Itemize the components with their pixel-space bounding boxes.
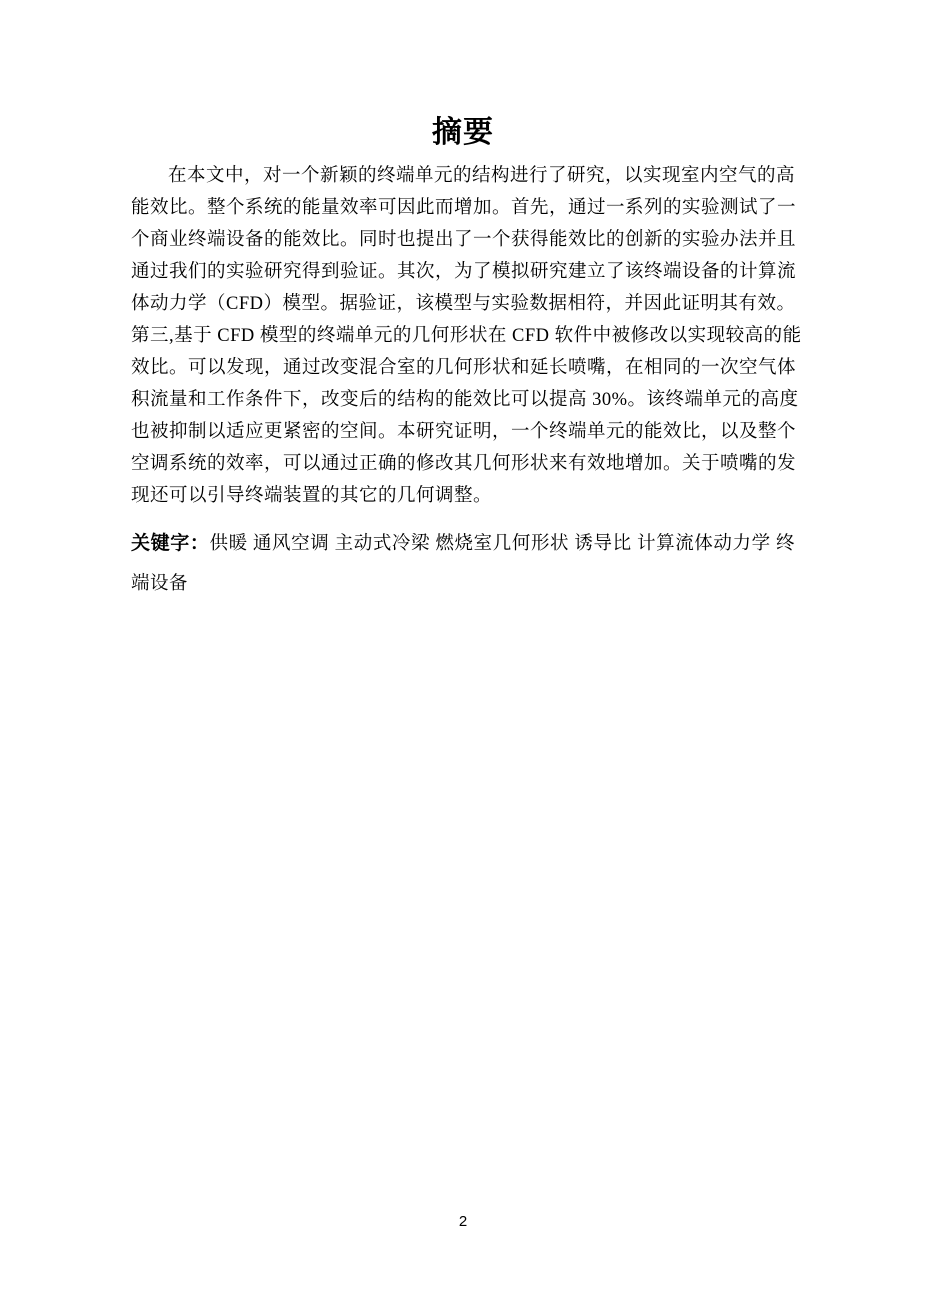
keywords-label: 关键字： [131, 533, 209, 554]
abstract-line: 在本文中，对一个新颖的终端单元的结构进行了研究，以实现室内空气的高 [131, 160, 795, 192]
page-content: 摘要 在本文中，对一个新颖的终端单元的结构进行了研究，以实现室内空气的高 能效比… [0, 0, 926, 604]
abstract-line: 也被抑制以适应更紧密的空间。本研究证明，一个终端单元的能效比，以及整个 [131, 416, 795, 448]
keywords-text: 供暖 通风空调 主动式冷梁 燃烧室几何形状 诱导比 计算流体动力学 终端设备 [131, 534, 795, 594]
abstract-line: 个商业终端设备的能效比。同时也提出了一个获得能效比的创新的实验办法并且 [131, 224, 795, 256]
abstract-title: 摘要 [131, 0, 795, 156]
abstract-line: 积流量和工作条件下，改变后的结构的能效比可以提高 30%。该终端单元的高度 [131, 384, 795, 416]
document-page: 摘要 在本文中，对一个新颖的终端单元的结构进行了研究，以实现室内空气的高 能效比… [0, 0, 926, 1309]
page-number: 2 [0, 1212, 926, 1232]
abstract-line: 现还可以引导终端装置的其它的几何调整。 [131, 480, 795, 512]
keywords-paragraph: 关键字：供暖 通风空调 主动式冷梁 燃烧室几何形状 诱导比 计算流体动力学 终端… [131, 524, 795, 604]
abstract-line: 效比。可以发现，通过改变混合室的几何形状和延长喷嘴，在相同的一次空气体 [131, 352, 795, 384]
abstract-line: 能效比。整个系统的能量效率可因此而增加。首先，通过一系列的实验测试了一 [131, 192, 795, 224]
abstract-line: 体动力学（CFD）模型。据验证，该模型与实验数据相符，并因此证明其有效。 [131, 288, 795, 320]
abstract-line: 通过我们的实验研究得到验证。其次，为了模拟研究建立了该终端设备的计算流 [131, 256, 795, 288]
abstract-paragraph: 在本文中，对一个新颖的终端单元的结构进行了研究，以实现室内空气的高 能效比。整个… [131, 160, 795, 512]
abstract-line: 第三,基于 CFD 模型的终端单元的几何形状在 CFD 软件中被修改以实现较高的… [131, 320, 795, 352]
abstract-line: 空调系统的效率，可以通过正确的修改其几何形状来有效地增加。关于喷嘴的发 [131, 448, 795, 480]
